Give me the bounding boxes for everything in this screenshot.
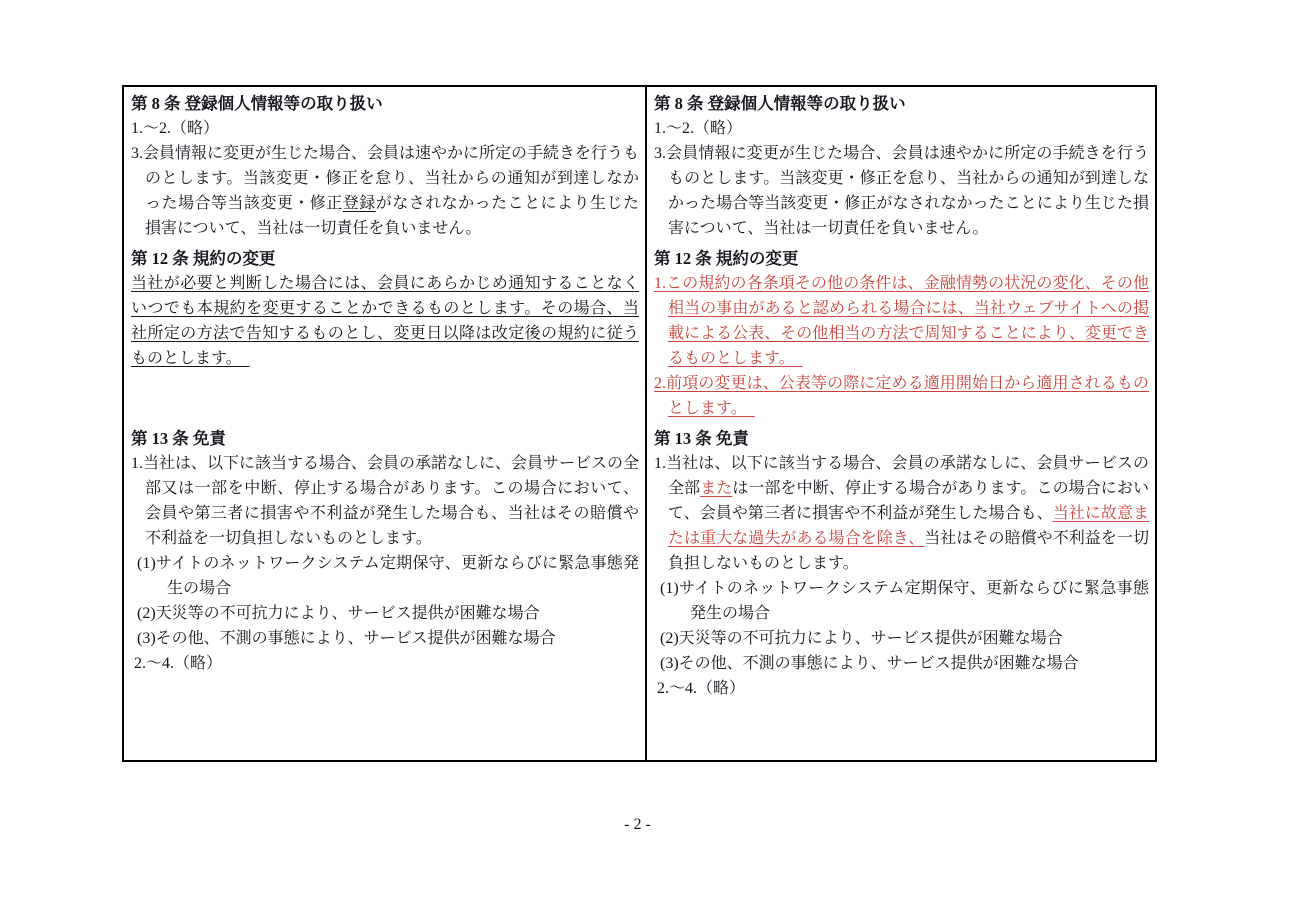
clause-paragraph: 1.当社は、以下に該当する場合、会員の承諾なしに、会員サービスの全部又は一部を中…	[131, 451, 639, 551]
clause-text: 1.～2.（略）	[131, 120, 219, 137]
clause-text: (2)天災等の不可抗力により、サービス提供が困難な場合	[137, 605, 540, 622]
article-heading: 第 12 条 規約の変更	[131, 246, 639, 271]
clause-paragraph: 1.～2.（略）	[654, 116, 1149, 141]
left-column-cell: 第 13 条 免責1.当社は、以下に該当する場合、会員の承諾なしに、会員サービス…	[124, 422, 647, 760]
clause-text: (1)サイトのネットワークシステム定期保守、更新ならびに緊急事態発生の場合	[660, 580, 1149, 622]
comparison-row: 第 13 条 免責1.当社は、以下に該当する場合、会員の承諾なしに、会員サービス…	[124, 422, 1155, 760]
clause-paragraph: (2)天災等の不可抗力により、サービス提供が困難な場合	[131, 601, 639, 626]
comparison-row: 第 8 条 登録個人情報等の取り扱い1.～2.（略）3.会員情報に変更が生じた場…	[124, 87, 1155, 242]
clause-paragraph: (3)その他、不測の事態により、サービス提供が困難な場合	[131, 626, 639, 651]
changed-new-text: 1.この規約の各条項その他の条件は、金融情勢の状況の変化、その他相当の事由がある…	[654, 275, 1149, 367]
right-column-cell: 第 13 条 免責1.当社は、以下に該当する場合、会員の承諾なしに、会員サービス…	[647, 422, 1155, 760]
clause-paragraph: (1)サイトのネットワークシステム定期保守、更新ならびに緊急事態発生の場合	[654, 576, 1149, 626]
changed-new-text: また	[700, 480, 732, 497]
clause-paragraph: 当社が必要と判断した場合には、会員にあらかじめ通知することなくいつでも本規約を変…	[131, 271, 639, 371]
clause-paragraph: 2.前項の変更は、公表等の際に定める適用開始日から適用されるものとします。	[654, 371, 1149, 421]
clause-text: 3.会員情報に変更が生じた場合、会員は速やかに所定の手続きを行うものとします。当…	[654, 145, 1149, 237]
clause-paragraph: 1.この規約の各条項その他の条件は、金融情勢の状況の変化、その他相当の事由がある…	[654, 271, 1149, 371]
terms-comparison-table: 第 8 条 登録個人情報等の取り扱い1.～2.（略）3.会員情報に変更が生じた場…	[122, 85, 1157, 762]
clause-paragraph: (1)サイトのネットワークシステム定期保守、更新ならびに緊急事態発生の場合	[131, 551, 639, 601]
clause-text: 2.～4.（略）	[657, 680, 745, 697]
article-heading: 第 13 条 免責	[131, 426, 639, 451]
changed-new-text: 2.前項の変更は、公表等の際に定める適用開始日から適用されるものとします。	[654, 375, 1149, 417]
article-heading: 第 12 条 規約の変更	[654, 246, 1149, 271]
clause-text: 2.～4.（略）	[134, 655, 222, 672]
clause-text: 1.当社は、以下に該当する場合、会員の承諾なしに、会員サービスの全部又は一部を中…	[131, 455, 639, 547]
article-heading: 第 8 条 登録個人情報等の取り扱い	[654, 91, 1149, 116]
article-heading: 第 8 条 登録個人情報等の取り扱い	[131, 91, 639, 116]
right-column-cell: 第 8 条 登録個人情報等の取り扱い1.～2.（略）3.会員情報に変更が生じた場…	[647, 87, 1155, 242]
clause-text: 1.～2.（略）	[654, 120, 742, 137]
clause-text: (3)その他、不測の事態により、サービス提供が困難な場合	[137, 630, 556, 647]
clause-text: (1)サイトのネットワークシステム定期保守、更新ならびに緊急事態発生の場合	[137, 555, 639, 597]
left-column-cell: 第 12 条 規約の変更当社が必要と判断した場合には、会員にあらかじめ通知するこ…	[124, 242, 647, 422]
comparison-row: 第 12 条 規約の変更当社が必要と判断した場合には、会員にあらかじめ通知するこ…	[124, 242, 1155, 422]
page-number: - 2 -	[122, 812, 1153, 837]
right-column-cell: 第 12 条 規約の変更1.この規約の各条項その他の条件は、金融情勢の状況の変化…	[647, 242, 1155, 422]
clause-paragraph: (3)その他、不測の事態により、サービス提供が困難な場合	[654, 651, 1149, 676]
clause-text: (2)天災等の不可抗力により、サービス提供が困難な場合	[660, 630, 1063, 647]
clause-paragraph: 1.当社は、以下に該当する場合、会員の承諾なしに、会員サービスの全部または一部を…	[654, 451, 1149, 576]
left-column-cell: 第 8 条 登録個人情報等の取り扱い1.～2.（略）3.会員情報に変更が生じた場…	[124, 87, 647, 242]
clause-paragraph: 2.～4.（略）	[131, 651, 639, 676]
document-page: 第 8 条 登録個人情報等の取り扱い1.～2.（略）3.会員情報に変更が生じた場…	[0, 0, 1296, 911]
underlined-old-text: 登録	[343, 195, 376, 212]
clause-text: (3)その他、不測の事態により、サービス提供が困難な場合	[660, 655, 1079, 672]
clause-paragraph: 1.～2.（略）	[131, 116, 639, 141]
clause-paragraph: (2)天災等の不可抗力により、サービス提供が困難な場合	[654, 626, 1149, 651]
underlined-old-text: 当社が必要と判断した場合には、会員にあらかじめ通知することなくいつでも本規約を変…	[131, 275, 639, 367]
clause-paragraph: 3.会員情報に変更が生じた場合、会員は速やかに所定の手続きを行うものとします。当…	[654, 141, 1149, 241]
clause-paragraph: 3.会員情報に変更が生じた場合、会員は速やかに所定の手続きを行うものとします。当…	[131, 141, 639, 241]
article-heading: 第 13 条 免責	[654, 426, 1149, 451]
clause-paragraph: 2.～4.（略）	[654, 676, 1149, 701]
